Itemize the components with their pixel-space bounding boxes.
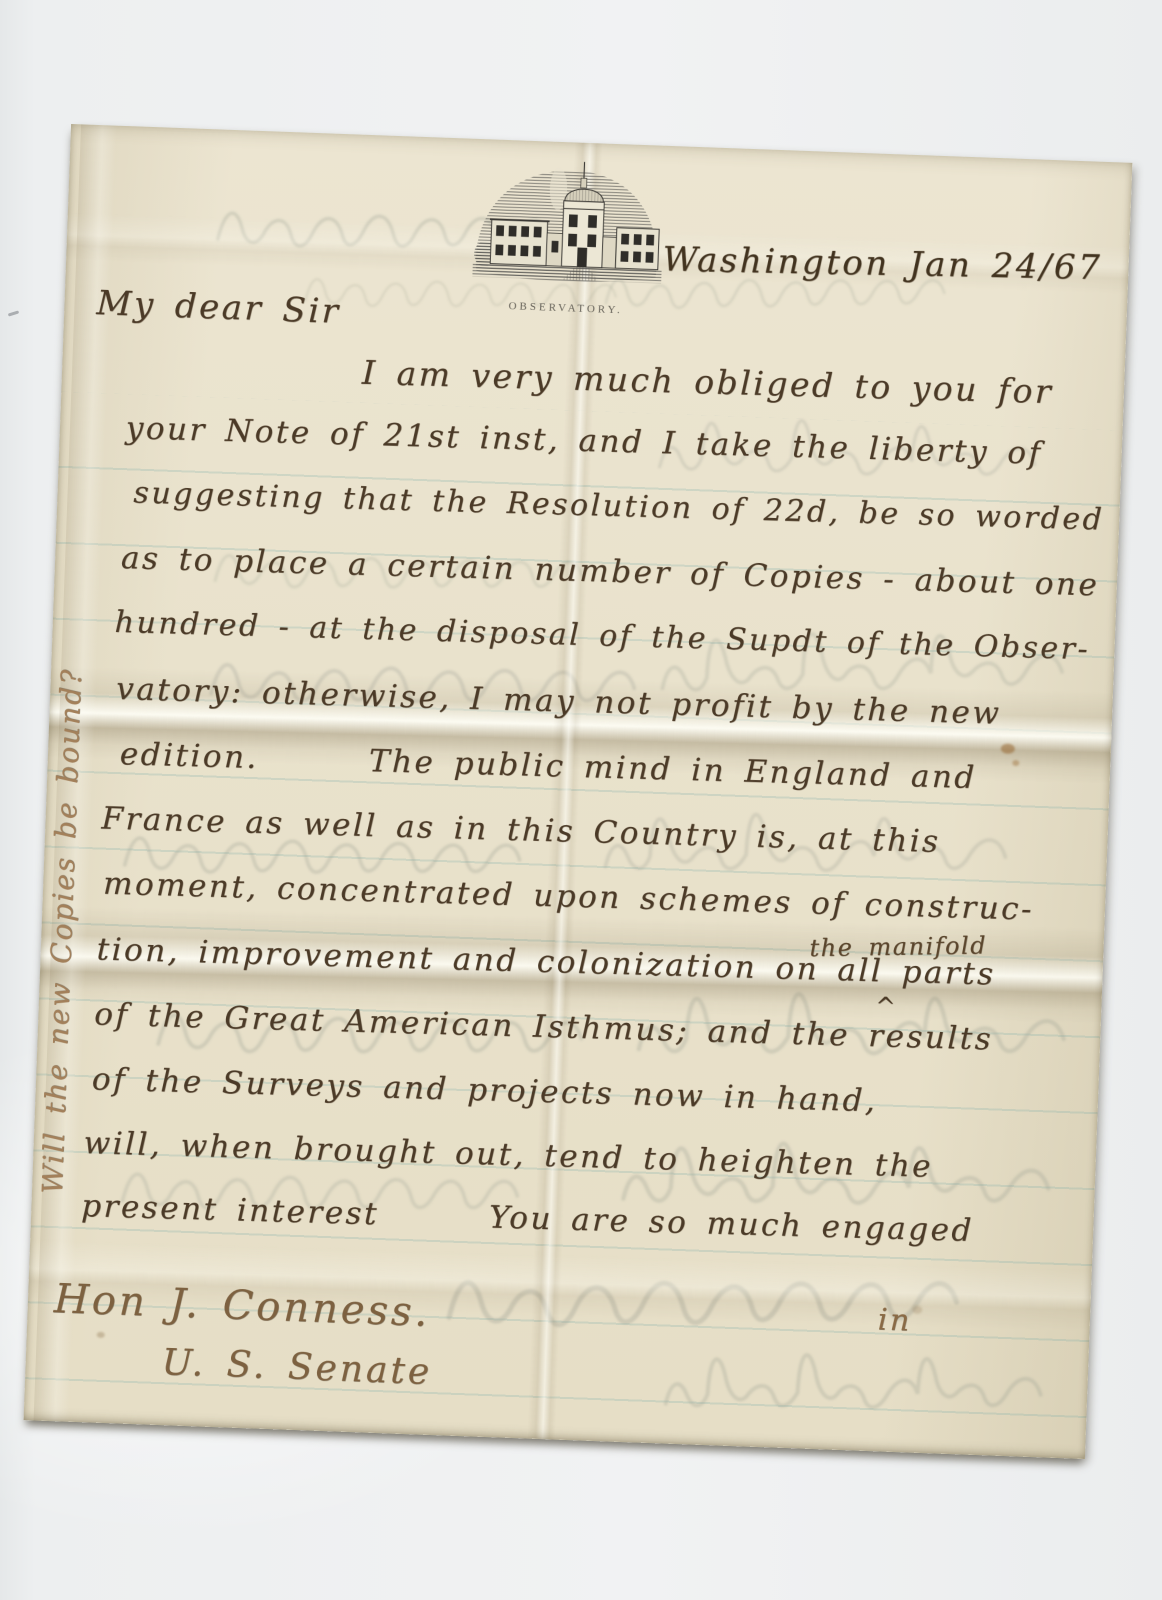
dateline-date: Jan 24/67 [909, 244, 1103, 288]
letter-line: edition. The public mind in England and [119, 736, 977, 796]
foxing-spot [1012, 760, 1019, 766]
dateline: Washington Jan 24/67 [663, 240, 1103, 288]
letter-line: I am very much obliged to you for [362, 353, 1054, 411]
letter-line: France as well as in this Country is, at… [101, 801, 941, 860]
scanner-speck [8, 310, 19, 316]
letter-line: as to place a certain number of Copies -… [121, 540, 1100, 603]
scanned-letter-photo: OBSERVATORY. Washington Jan 24/67 My dea… [0, 0, 1162, 1600]
letter-line: suggesting that the Resolution of 22d, b… [133, 476, 1105, 538]
observatory-engraving-icon [460, 154, 677, 307]
foxing-spot [97, 1332, 105, 1338]
interlineation: the manifold [809, 931, 987, 962]
letter-page: OBSERVATORY. Washington Jan 24/67 My dea… [24, 124, 1133, 1459]
letter-line: hundred - at the disposal of the Supdt o… [114, 605, 1090, 667]
letter-line: moment, concentrated upon schemes of con… [103, 866, 1035, 928]
foxing-spot [1001, 743, 1015, 754]
addressee-org: U. S. Senate [161, 1342, 433, 1393]
vertical-fold-crease [526, 124, 603, 1459]
insertion-caret: ^ [875, 992, 899, 1021]
margin-note: Will the new Copies be bound? [36, 514, 94, 1195]
dateline-place: Washington [663, 240, 891, 284]
letter-line: of the Great American Isthmus; and the r… [94, 996, 994, 1057]
addressee-name: Hon J. Conness. [53, 1276, 431, 1336]
letter-line: will, when brought out, tend to heighten… [83, 1125, 933, 1185]
letter-line: present interest You are so much engaged [81, 1188, 974, 1249]
observatory-vignette: OBSERVATORY. [460, 154, 678, 318]
foxing-spot [912, 1306, 922, 1314]
catchword: in [877, 1302, 912, 1338]
salutation: My dear Sir [96, 283, 341, 332]
letter-line: your Note of 21st inst, and I take the l… [125, 410, 1043, 472]
letter-line: of the Surveys and projects now in hand, [91, 1061, 877, 1119]
letter-line: vatory: otherwise, I may not profit by t… [116, 671, 1002, 732]
